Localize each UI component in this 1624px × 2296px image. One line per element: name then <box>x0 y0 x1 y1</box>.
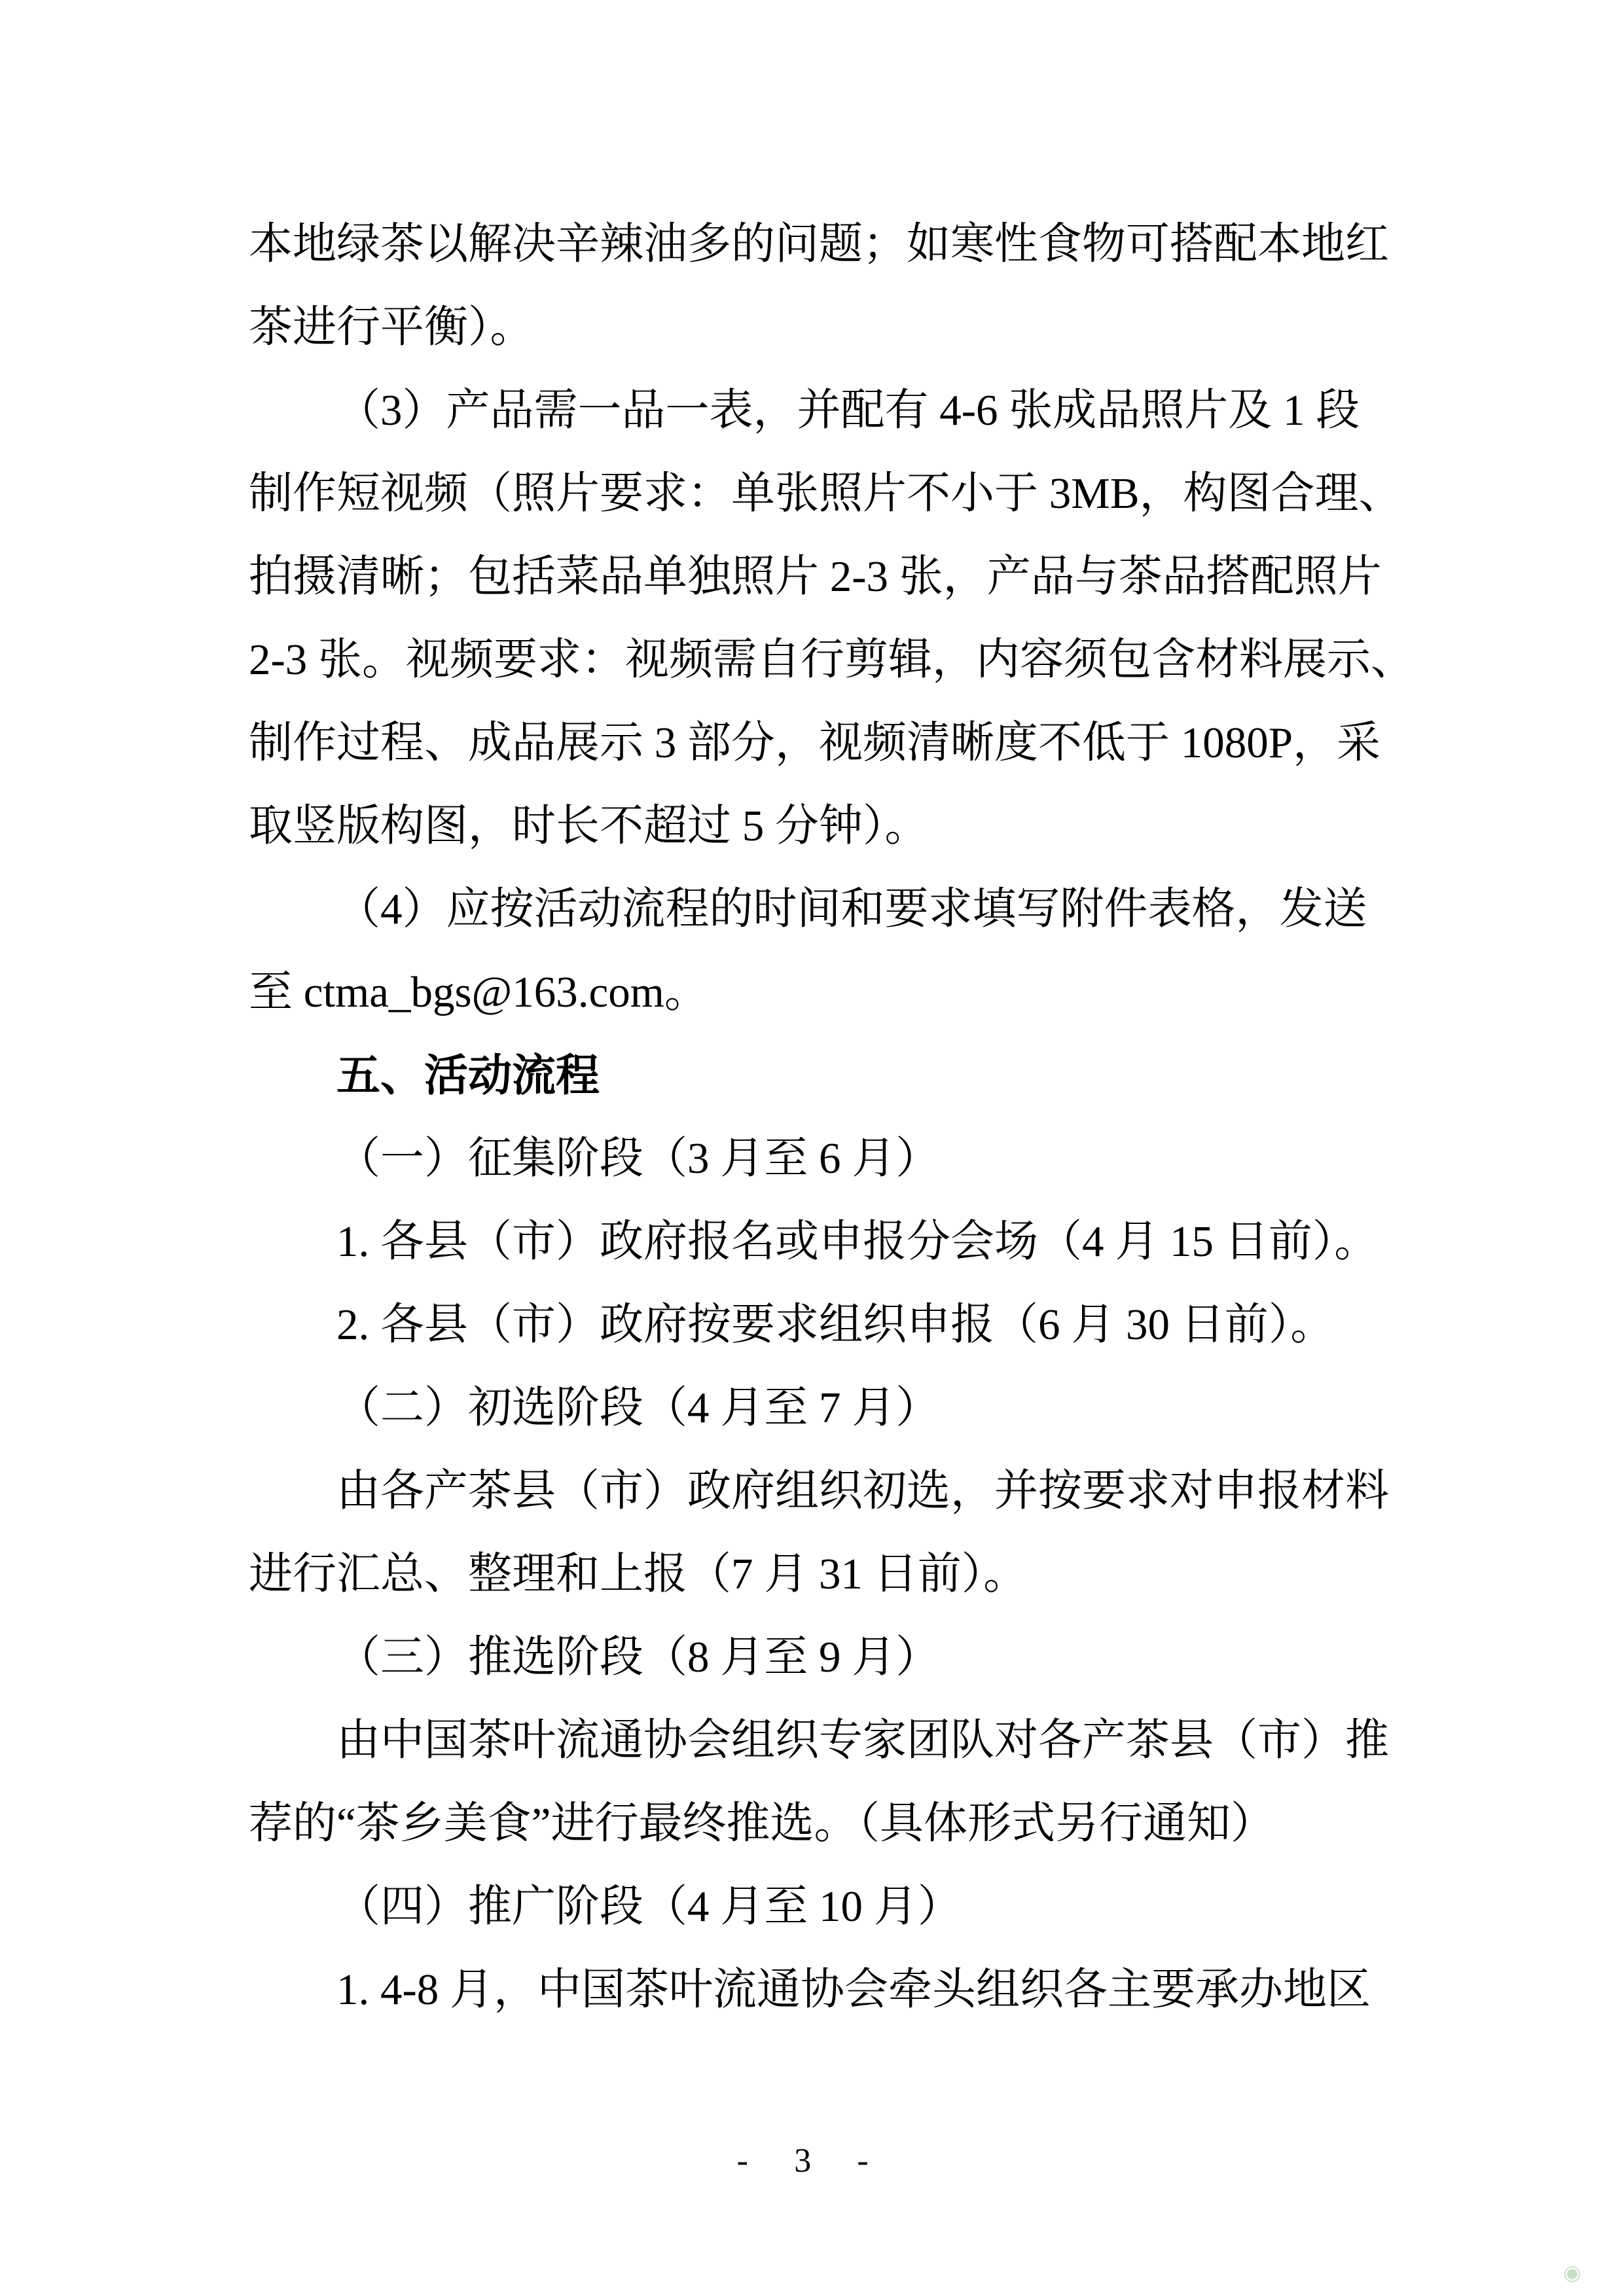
text-line: （三）推选阶段（8 月至 9 月） <box>249 1616 1401 1699</box>
text-line: 2-3 张。视频要求：视频需自行剪辑，内容须包含材料展示、 <box>249 619 1401 702</box>
corner-dot-icon: ◉ <box>1563 2262 1581 2283</box>
text-line: 由各产茶县（市）政府组织初选，并按要求对申报材料 <box>249 1450 1401 1533</box>
text-line: 2. 各县（市）政府按要求组织申报（6 月 30 日前）。 <box>249 1283 1401 1367</box>
text-line: 茶进行平衡）。 <box>249 286 1401 369</box>
text-line: 拍摄清晰；包括菜品单独照片 2-3 张，产品与茶品搭配照片 <box>249 535 1401 619</box>
text-line: 由中国茶叶流通协会组织专家团队对各产茶县（市）推 <box>249 1699 1401 1782</box>
document-body: 本地绿茶以解决辛辣油多的问题；如寒性食物可搭配本地红 茶进行平衡）。 （3）产品… <box>249 203 1401 2032</box>
text-line: 本地绿茶以解决辛辣油多的问题；如寒性食物可搭配本地红 <box>249 203 1401 286</box>
text-line: 取竖版构图，时长不超过 5 分钟）。 <box>249 785 1401 868</box>
text-line-email: 至 ctma_bgs@163.com。 <box>249 951 1401 1034</box>
text-line: 制作过程、成品展示 3 部分，视频清晰度不低于 1080P，采 <box>249 702 1401 785</box>
text-line: 制作短视频（照片要求：单张照片不小于 3MB，构图合理、 <box>249 452 1401 535</box>
text-line: 荐的“茶乡美食”进行最终推选。（具体形式另行通知） <box>249 1782 1401 1865</box>
text-line: （二）初选阶段（4 月至 7 月） <box>249 1367 1401 1450</box>
text-line: （一）征集阶段（3 月至 6 月） <box>249 1117 1401 1200</box>
text-line: 进行汇总、整理和上报（7 月 31 日前）。 <box>249 1533 1401 1616</box>
section-heading: 五、活动流程 <box>249 1034 1401 1117</box>
document-page: { "document": { "lines": [ { "text": "本地… <box>0 0 1624 2296</box>
text-line: （四）推广阶段（4 月至 10 月） <box>249 1865 1401 1948</box>
text-line: （3）产品需一品一表，并配有 4-6 张成品照片及 1 段 <box>249 369 1401 452</box>
page-number: - 3 - <box>0 2142 1624 2181</box>
text-line: 1. 4-8 月，中国茶叶流通协会牵头组织各主要承办地区 <box>249 1948 1401 2032</box>
text-line: 1. 各县（市）政府报名或申报分会场（4 月 15 日前）。 <box>249 1200 1401 1283</box>
text-line: （4）应按活动流程的时间和要求填写附件表格，发送 <box>249 868 1401 951</box>
